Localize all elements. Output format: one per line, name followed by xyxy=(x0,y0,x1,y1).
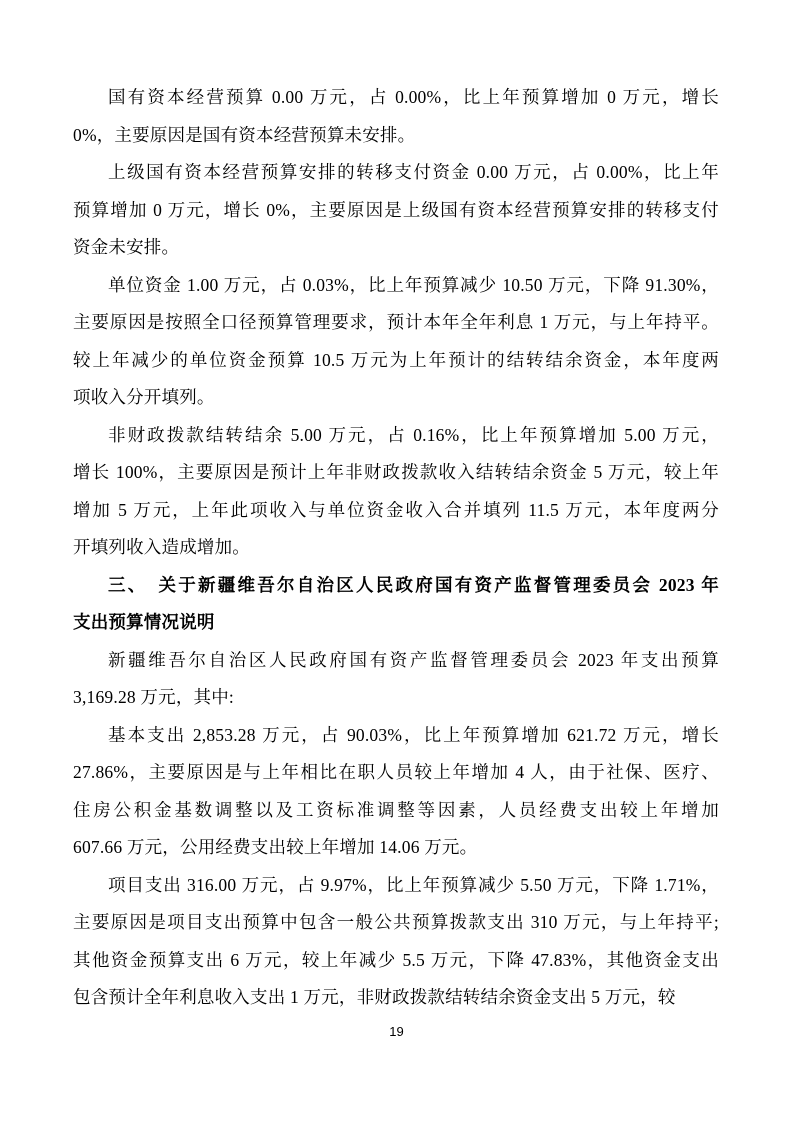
document-page: 国有资本经营预算 0.00 万元，占 0.00%，比上年预算增加 0 万元，增长… xyxy=(0,0,793,1122)
text-line: 单位资金 1.00 万元，占 0.03%，比上年预算减少 10.50 万元，下降… xyxy=(73,267,719,305)
text-line: 主要原因是按照全口径预算管理要求，预计本年全年利息 1 万元，与上年持平。 xyxy=(73,304,719,342)
paragraph-project-expenditure: 项目支出 316.00 万元，占 9.97%，比上年预算减少 5.50 万元，下… xyxy=(73,867,719,1017)
text-line: 607.66 万元，公用经费支出较上年增加 14.06 万元。 xyxy=(73,829,719,867)
text-line: 27.86%，主要原因是与上年相比在职人员较上年增加 4 人，由于社保、医疗、 xyxy=(73,754,719,792)
document-content: 国有资本经营预算 0.00 万元，占 0.00%，比上年预算增加 0 万元，增长… xyxy=(73,79,719,1017)
text-line: 增加 5 万元，上年此项收入与单位资金收入合并填列 11.5 万元，本年度两分 xyxy=(73,492,719,530)
text-line: 支出预算情况说明 xyxy=(73,604,719,642)
text-line: 包含预计全年利息收入支出 1 万元，非财政拨款结转结余资金支出 5 万元，较 xyxy=(73,979,719,1017)
heading-section-three-expenditure-budget: 三、 关于新疆维吾尔自治区人民政府国有资产监督管理委员会 2023 年支出预算情… xyxy=(73,567,719,642)
text-line: 较上年减少的单位资金预算 10.5 万元为上年预计的结转结余资金，本年度两 xyxy=(73,342,719,380)
text-line: 主要原因是项目支出预算中包含一般公共预算拨款支出 310 万元，与上年持平; xyxy=(73,904,719,942)
text-line: 项收入分开填列。 xyxy=(73,379,719,417)
text-line: 预算增加 0 万元，增长 0%，主要原因是上级国有资本经营预算安排的转移支付 xyxy=(73,192,719,230)
text-line: 上级国有资本经营预算安排的转移支付资金 0.00 万元，占 0.00%，比上年 xyxy=(73,154,719,192)
paragraph-unit-funds: 单位资金 1.00 万元，占 0.03%，比上年预算减少 10.50 万元，下降… xyxy=(73,267,719,417)
text-line: 基本支出 2,853.28 万元，占 90.03%，比上年预算增加 621.72… xyxy=(73,717,719,755)
text-line: 其他资金预算支出 6 万元，较上年减少 5.5 万元，下降 47.83%，其他资… xyxy=(73,942,719,980)
text-line: 3,169.28 万元，其中: xyxy=(73,679,719,717)
text-line: 项目支出 316.00 万元，占 9.97%，比上年预算减少 5.50 万元，下… xyxy=(73,867,719,905)
page-number: 19 xyxy=(0,1024,793,1039)
text-line: 开填列收入造成增加。 xyxy=(73,529,719,567)
paragraph-state-capital-budget: 国有资本经营预算 0.00 万元，占 0.00%，比上年预算增加 0 万元，增长… xyxy=(73,79,719,154)
text-line: 非财政拨款结转结余 5.00 万元，占 0.16%，比上年预算增加 5.00 万… xyxy=(73,417,719,455)
text-line: 国有资本经营预算 0.00 万元，占 0.00%，比上年预算增加 0 万元，增长 xyxy=(73,79,719,117)
text-line: 住房公积金基数调整以及工资标准调整等因素，人员经费支出较上年增加 xyxy=(73,792,719,830)
paragraph-expenditure-total: 新疆维吾尔自治区人民政府国有资产监督管理委员会 2023 年支出预算3,169.… xyxy=(73,642,719,717)
text-line: 新疆维吾尔自治区人民政府国有资产监督管理委员会 2023 年支出预算 xyxy=(73,642,719,680)
paragraph-basic-expenditure: 基本支出 2,853.28 万元，占 90.03%，比上年预算增加 621.72… xyxy=(73,717,719,867)
paragraph-non-fiscal-carryover: 非财政拨款结转结余 5.00 万元，占 0.16%，比上年预算增加 5.00 万… xyxy=(73,417,719,567)
text-line: 资金未安排。 xyxy=(73,229,719,267)
text-line: 增长 100%，主要原因是预计上年非财政拨款收入结转结余资金 5 万元，较上年 xyxy=(73,454,719,492)
text-line: 0%，主要原因是国有资本经营预算未安排。 xyxy=(73,117,719,155)
paragraph-superior-transfer-funds: 上级国有资本经营预算安排的转移支付资金 0.00 万元，占 0.00%，比上年预… xyxy=(73,154,719,267)
text-line: 三、 关于新疆维吾尔自治区人民政府国有资产监督管理委员会 2023 年 xyxy=(73,567,719,605)
